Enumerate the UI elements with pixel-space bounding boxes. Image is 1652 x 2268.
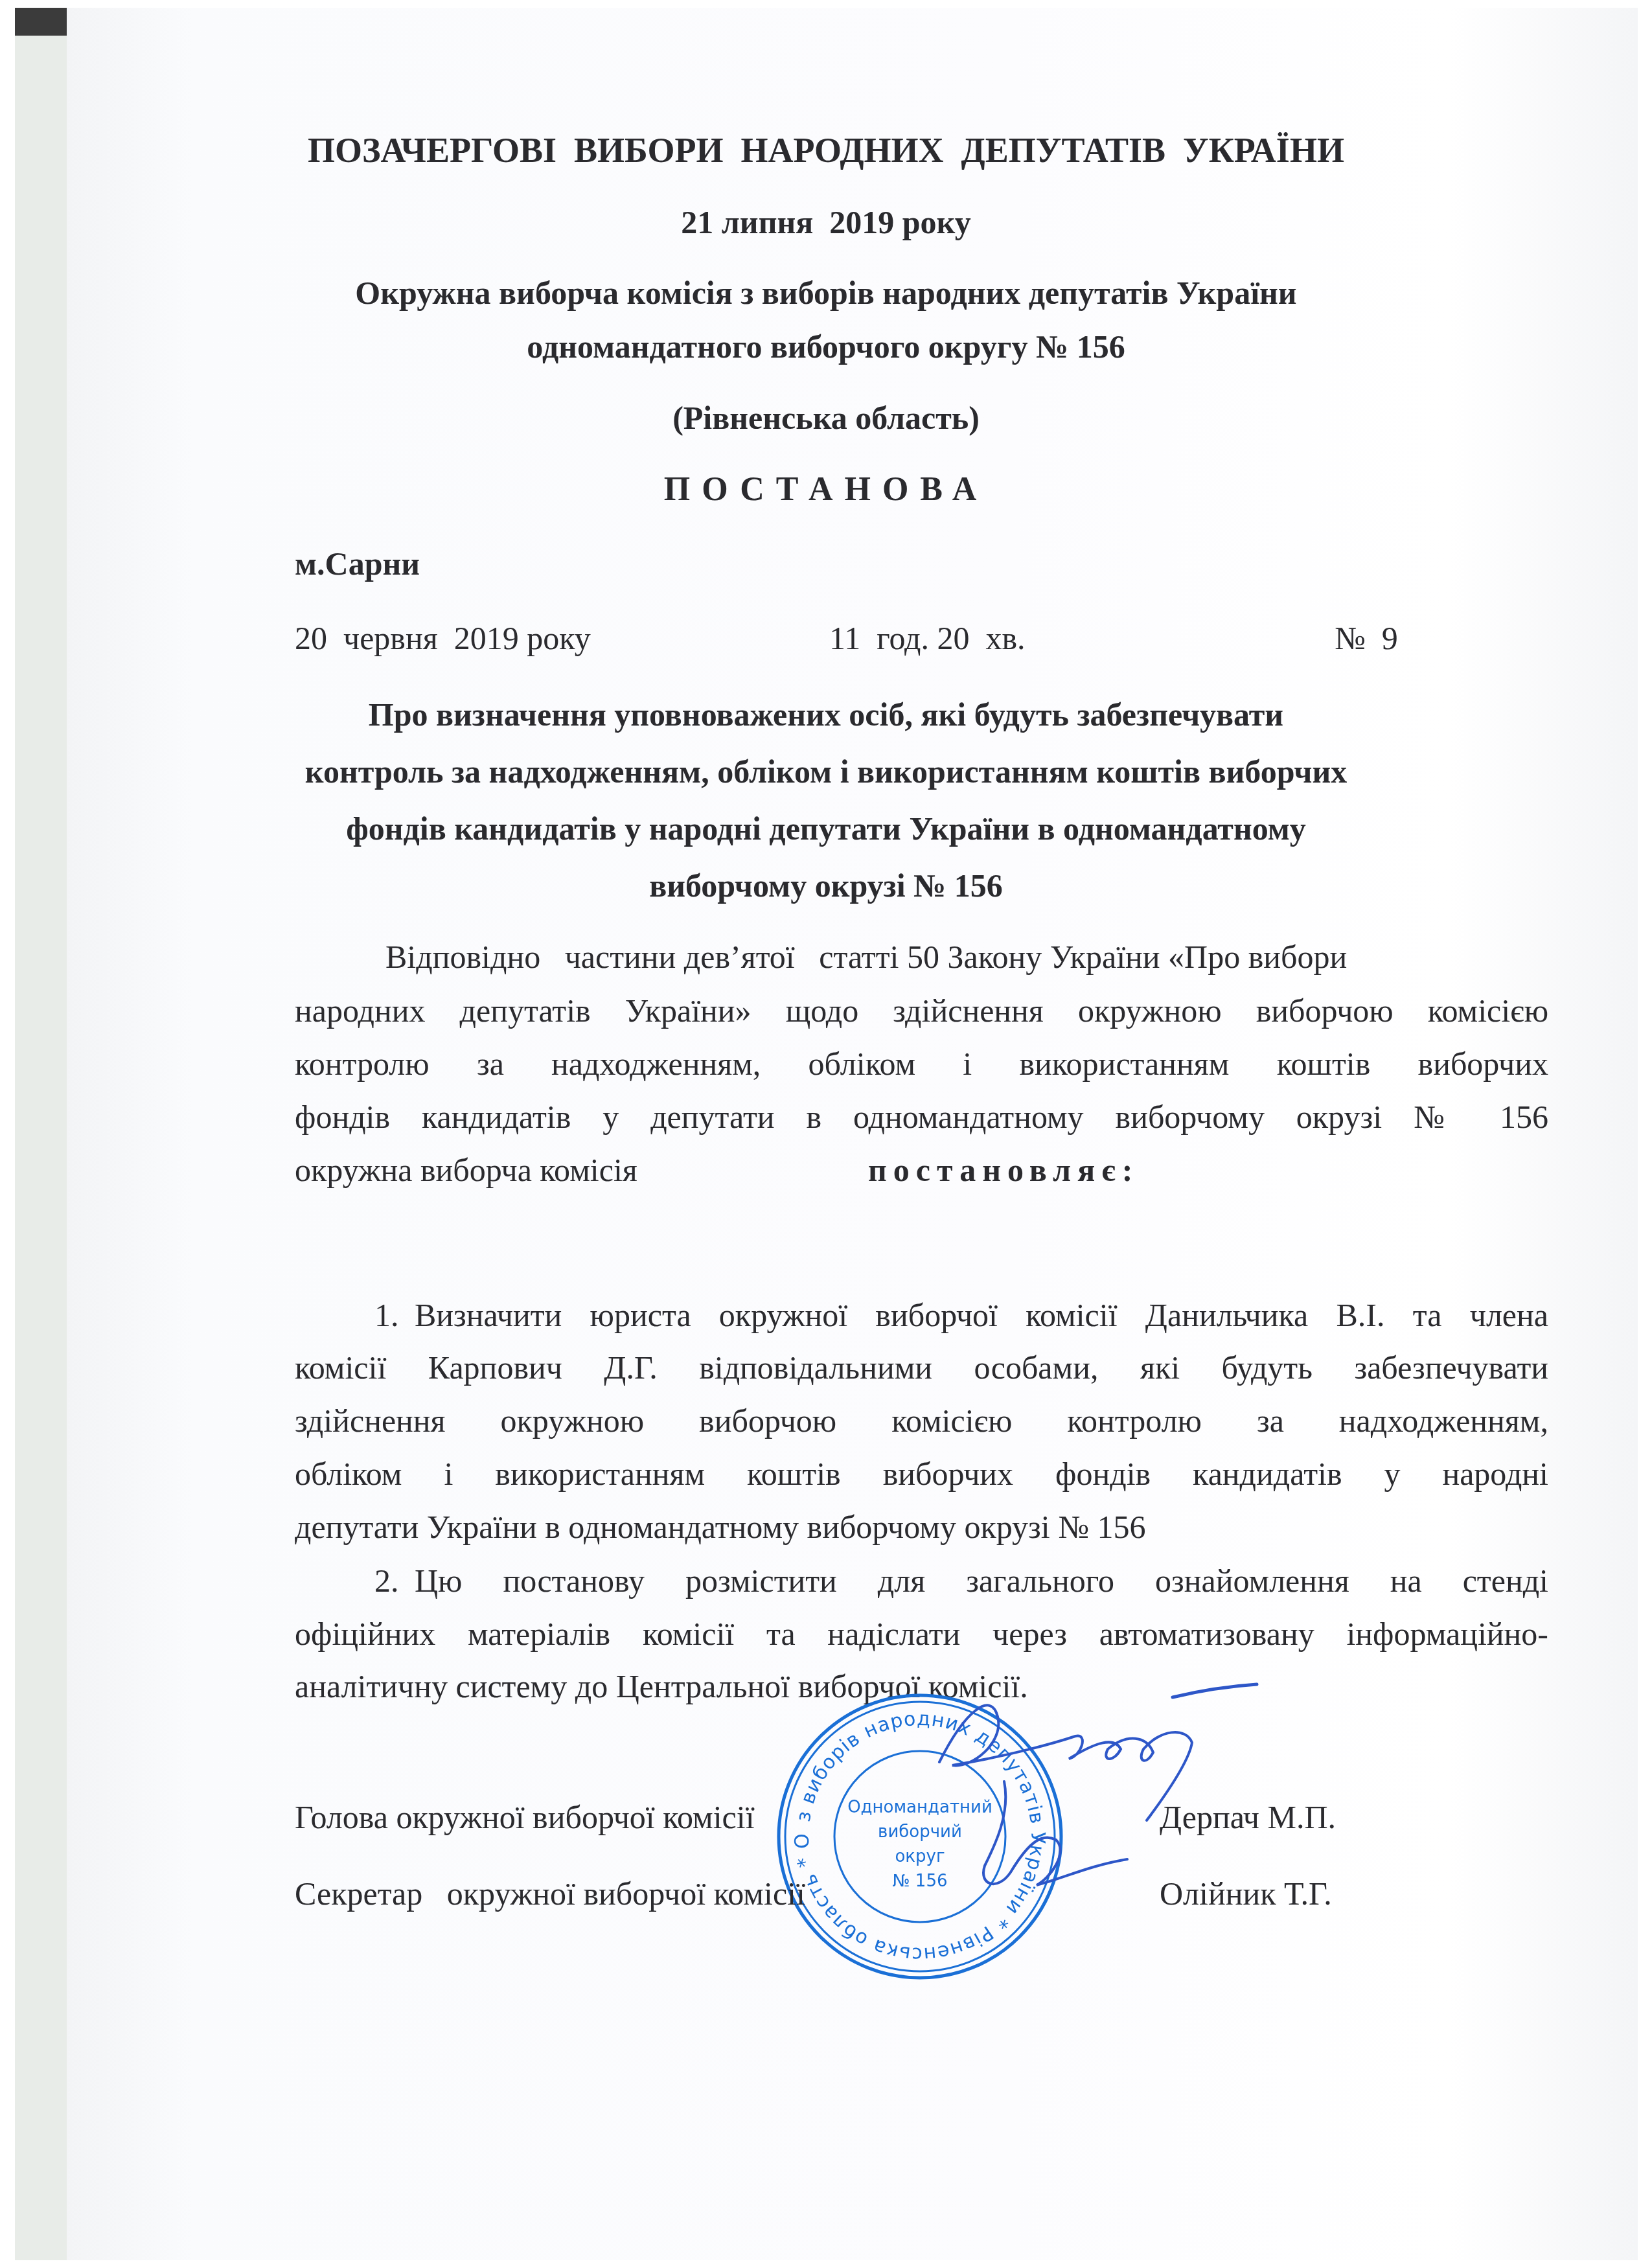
- subject-line: Про визначення уповноважених осіб, які б…: [0, 698, 1652, 731]
- decision-number: 1.: [374, 1299, 399, 1331]
- subject-line: контроль за надходженням, обліком і вико…: [0, 755, 1652, 788]
- document-time: 11 год. 20 хв.: [829, 622, 1026, 654]
- city: м.Сарни: [295, 547, 420, 580]
- commission-name-line2: одномандатного виборчого округу № 156: [0, 330, 1652, 363]
- subject-line: виборчому окрузі № 156: [0, 869, 1652, 902]
- decision-line: обліком і використанням коштів виборчих …: [295, 1458, 1548, 1490]
- election-date: 21 липня 2019 року: [0, 206, 1652, 238]
- chairman-name: Дерпач М.П.: [1160, 1801, 1336, 1833]
- commission-name-line1: Окружна виборча комісія з виборів народн…: [0, 277, 1652, 309]
- decision-line: Визначити юриста окружної виборчої коміс…: [415, 1299, 1548, 1331]
- decision-number: 2.: [374, 1564, 399, 1597]
- document-type: ПОСТАНОВА: [0, 473, 1652, 507]
- decision-line: здійснення окружною виборчою комісією ко…: [295, 1404, 1548, 1437]
- region: (Рівненська область): [0, 402, 1652, 434]
- chairman-role: Голова окружної виборчої комісії: [295, 1801, 755, 1833]
- decision-line: офіційних матеріалів комісії та надіслат…: [295, 1618, 1548, 1650]
- preamble-line: Відповідно частини дев’ятої статті 50 За…: [385, 941, 1347, 973]
- decision-line: депутати України в одномандатному виборч…: [295, 1511, 1145, 1543]
- subject-line: фондів кандидатів у народні депутати Укр…: [0, 812, 1652, 845]
- document-date: 20 червня 2019 року: [295, 622, 591, 654]
- preamble-line: народних депутатів України» щодо здійсне…: [295, 994, 1548, 1027]
- preamble-line: контролю за надходженням, обліком і вико…: [295, 1048, 1548, 1080]
- preamble-resolves: постановляє:: [868, 1154, 1139, 1186]
- election-title: ПОЗАЧЕРГОВІ ВИБОРИ НАРОДНИХ ДЕПУТАТІВ УК…: [0, 133, 1652, 168]
- decision-line: Цю постанову розмістити для загального о…: [415, 1564, 1548, 1597]
- scan-edge-dark-corner: [15, 8, 67, 36]
- preamble-line: фондів кандидатів у депутати в одноманда…: [295, 1101, 1548, 1133]
- decision-line: комісії Карпович Д.Г. відповідальними ос…: [295, 1351, 1548, 1384]
- document-number: № 9: [1335, 622, 1398, 654]
- secretary-role: Секретар окружної виборчої комісії: [295, 1877, 805, 1910]
- preamble-commission: окружна виборча комісія: [295, 1154, 637, 1186]
- secretary-name: Олійник Т.Г.: [1160, 1877, 1332, 1910]
